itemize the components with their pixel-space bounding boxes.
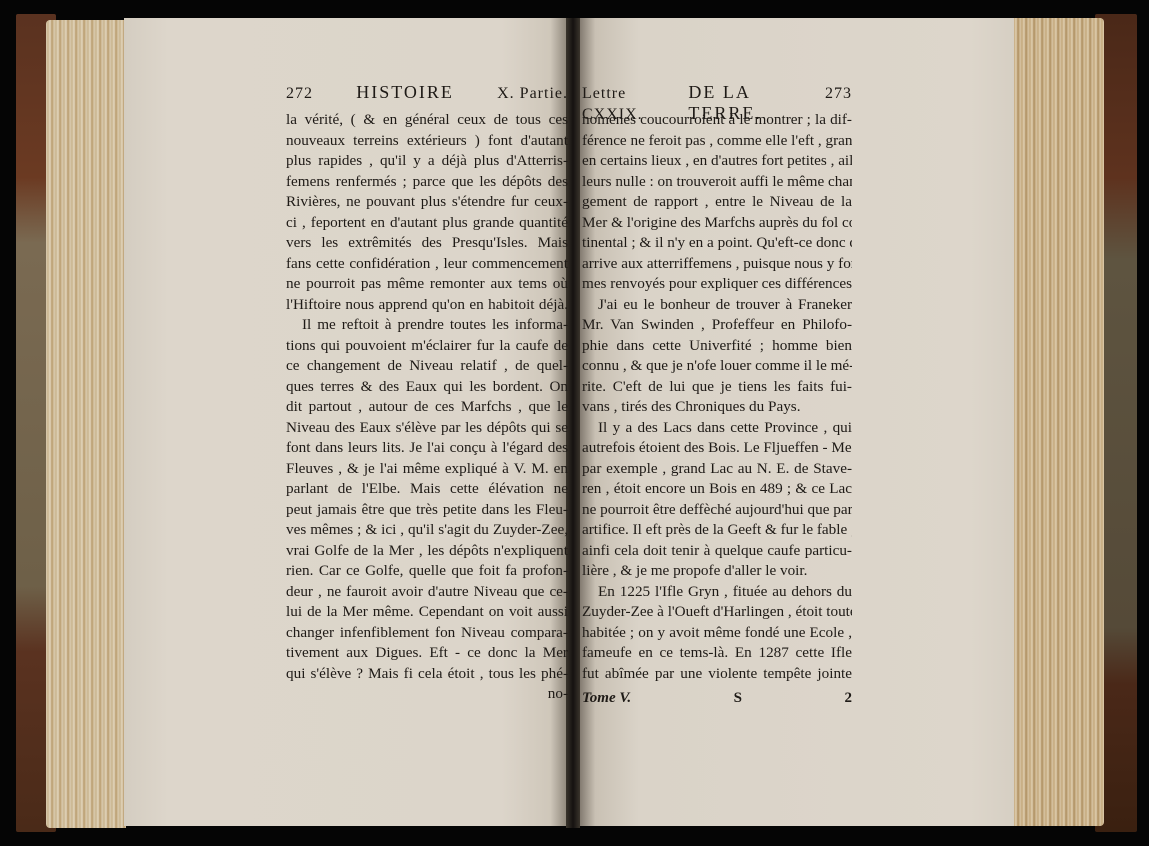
text-line: ques terres & des Eaux qui les bordent. …: [286, 377, 568, 398]
text-line: J'ai eu le bonheur de trouver à Franeker: [582, 295, 852, 316]
left-running-head: 272 HISTOIRE X. Partie.: [286, 82, 568, 106]
text-line: en certains lieux , en d'autres fort pet…: [582, 151, 852, 172]
text-line: autrefois étoient des Bois. Le Fljueffen…: [582, 438, 852, 459]
text-line: fameufe en ce tems-là. En 1287 cette Ifl…: [582, 643, 852, 664]
text-line: nouveaux terreins extérieurs ) font d'au…: [286, 131, 568, 152]
text-line: mes renvoyés pour expliquer ces différen…: [582, 274, 852, 295]
left-page-text: 272 HISTOIRE X. Partie. la vérité, ( & e…: [286, 82, 568, 705]
text-line: nomènes coucourroient à le montrer ; la …: [582, 110, 852, 131]
right-page-text: Lettre CXXIX. DE LA TERRE. 273 nomènes c…: [582, 82, 852, 709]
text-line: Rivières, ne pouvant plus s'étendre fur …: [286, 192, 568, 213]
text-line: peut jamais être que très petite dans le…: [286, 500, 568, 521]
text-line: dit partout , autour de ces Marfchs , qu…: [286, 397, 568, 418]
text-line: ci , feportent en d'autant plus grande q…: [286, 213, 568, 234]
text-line: Il y a des Lacs dans cette Province , qu…: [582, 418, 852, 439]
text-line: vrai Golfe de la Mer , les dépôts n'expl…: [286, 541, 568, 562]
text-line: Niveau des Eaux s'élève par les dépôts q…: [286, 418, 568, 439]
book-gutter: [566, 18, 580, 828]
text-line: habitée ; on y avoit même fondé une Ecol…: [582, 623, 852, 644]
text-line: ves mêmes ; & ici , qu'il s'agit du Zuyd…: [286, 520, 568, 541]
text-line: fans cette confidération , leur commence…: [286, 254, 568, 275]
text-line: la vérité, ( & en général ceux de tous c…: [286, 110, 568, 131]
text-line: rite. C'eft de lui que je tiens les fait…: [582, 377, 852, 398]
text-line: lière , & je me propofe d'aller le voir.: [582, 561, 852, 582]
text-line: Fleuves , & je l'ai même expliqué à V. M…: [286, 459, 568, 480]
text-line: vans , tirés des Chroniques du Pays.: [582, 397, 852, 418]
left-body: la vérité, ( & en général ceux de tous c…: [286, 110, 568, 705]
page-footer: Tome V. S 2: [582, 688, 852, 709]
fore-edge-left: [46, 20, 126, 828]
right-body: nomènes coucourroient à le montrer ; la …: [582, 110, 852, 684]
fore-edge-right: [1012, 18, 1104, 826]
text-line: Zuyder-Zee à l'Oueft d'Harlingen , étoit…: [582, 602, 852, 623]
text-line: leurs nulle : on trouveroit auffi le mêm…: [582, 172, 852, 193]
volume-label: Tome V.: [582, 688, 631, 709]
text-line: arrive aux atterriffemens , puisque nous…: [582, 254, 852, 275]
text-line: parlant de l'Elbe. Mais cette élévation …: [286, 479, 568, 500]
text-line: artifice. Il eft près de la Geeft & fur …: [582, 520, 852, 541]
signature-number: 2: [845, 688, 853, 709]
running-title: HISTOIRE: [356, 82, 454, 103]
text-line: changer infenfiblement fon Niveau compar…: [286, 623, 568, 644]
text-line: femens renfermés ; parce que les dépôts …: [286, 172, 568, 193]
text-line: fut abîmée par une violente tempête join…: [582, 664, 852, 685]
text-line: En 1225 l'Ifle Gryn , fituée au dehors d…: [582, 582, 852, 603]
text-line: font dans leurs lits. Je l'ai conçu à l'…: [286, 438, 568, 459]
text-line: rien. Car ce Golfe, quelle que foit fa p…: [286, 561, 568, 582]
text-line: deur , ne fauroit avoir d'autre Niveau q…: [286, 582, 568, 603]
text-line: tivement aux Digues. Eft - ce donc la Me…: [286, 643, 568, 664]
text-line: ce changement de Niveau relatif , de que…: [286, 356, 568, 377]
text-line: l'Hiftoire nous apprend qu'on en habitoi…: [286, 295, 568, 316]
text-line: Mer & l'origine des Marfchs auprès du fo…: [582, 213, 852, 234]
text-line: par exemple , grand Lac au N. E. de Stav…: [582, 459, 852, 480]
text-line: ren , étoit encore un Bois en 489 ; & ce…: [582, 479, 852, 500]
page-number: 273: [825, 84, 852, 105]
catchword: no-: [286, 684, 568, 705]
text-line: vers les extrêmités des Presqu'Isles. Ma…: [286, 233, 568, 254]
text-line: lui de la Mer même. Cependant on voit au…: [286, 602, 568, 623]
text-line: tinental ; & il n'y en a point. Qu'eft-c…: [582, 233, 852, 254]
text-line: Il me reftoit à prendre toutes les infor…: [286, 315, 568, 336]
text-line: phie dans cette Univerfité ; homme bien: [582, 336, 852, 357]
text-line: connu , & que je n'ofe louer comme il le…: [582, 356, 852, 377]
right-running-head: Lettre CXXIX. DE LA TERRE. 273: [582, 82, 852, 106]
text-line: qui s'élève ? Mais fi cela étoit , tous …: [286, 664, 568, 685]
signature-mark: S: [734, 688, 742, 709]
text-line: Mr. Van Swinden , Profeffeur en Philofo-: [582, 315, 852, 336]
text-line: plus rapides , qu'il y a déjà plus d'Att…: [286, 151, 568, 172]
text-line: ainfi cela doit tenir à quelque caufe pa…: [582, 541, 852, 562]
text-line: ne pourroit être deffèché aujourd'hui qu…: [582, 500, 852, 521]
section-label: X. Partie.: [497, 84, 568, 105]
text-line: ne pourroit pas même remonter aux tems o…: [286, 274, 568, 295]
page-number: 272: [286, 84, 313, 105]
text-line: tions qui pouvoient m'éclairer fur la ca…: [286, 336, 568, 357]
text-line: férence ne feroit pas , comme elle l'eft…: [582, 131, 852, 152]
text-line: gement de rapport , entre le Niveau de l…: [582, 192, 852, 213]
